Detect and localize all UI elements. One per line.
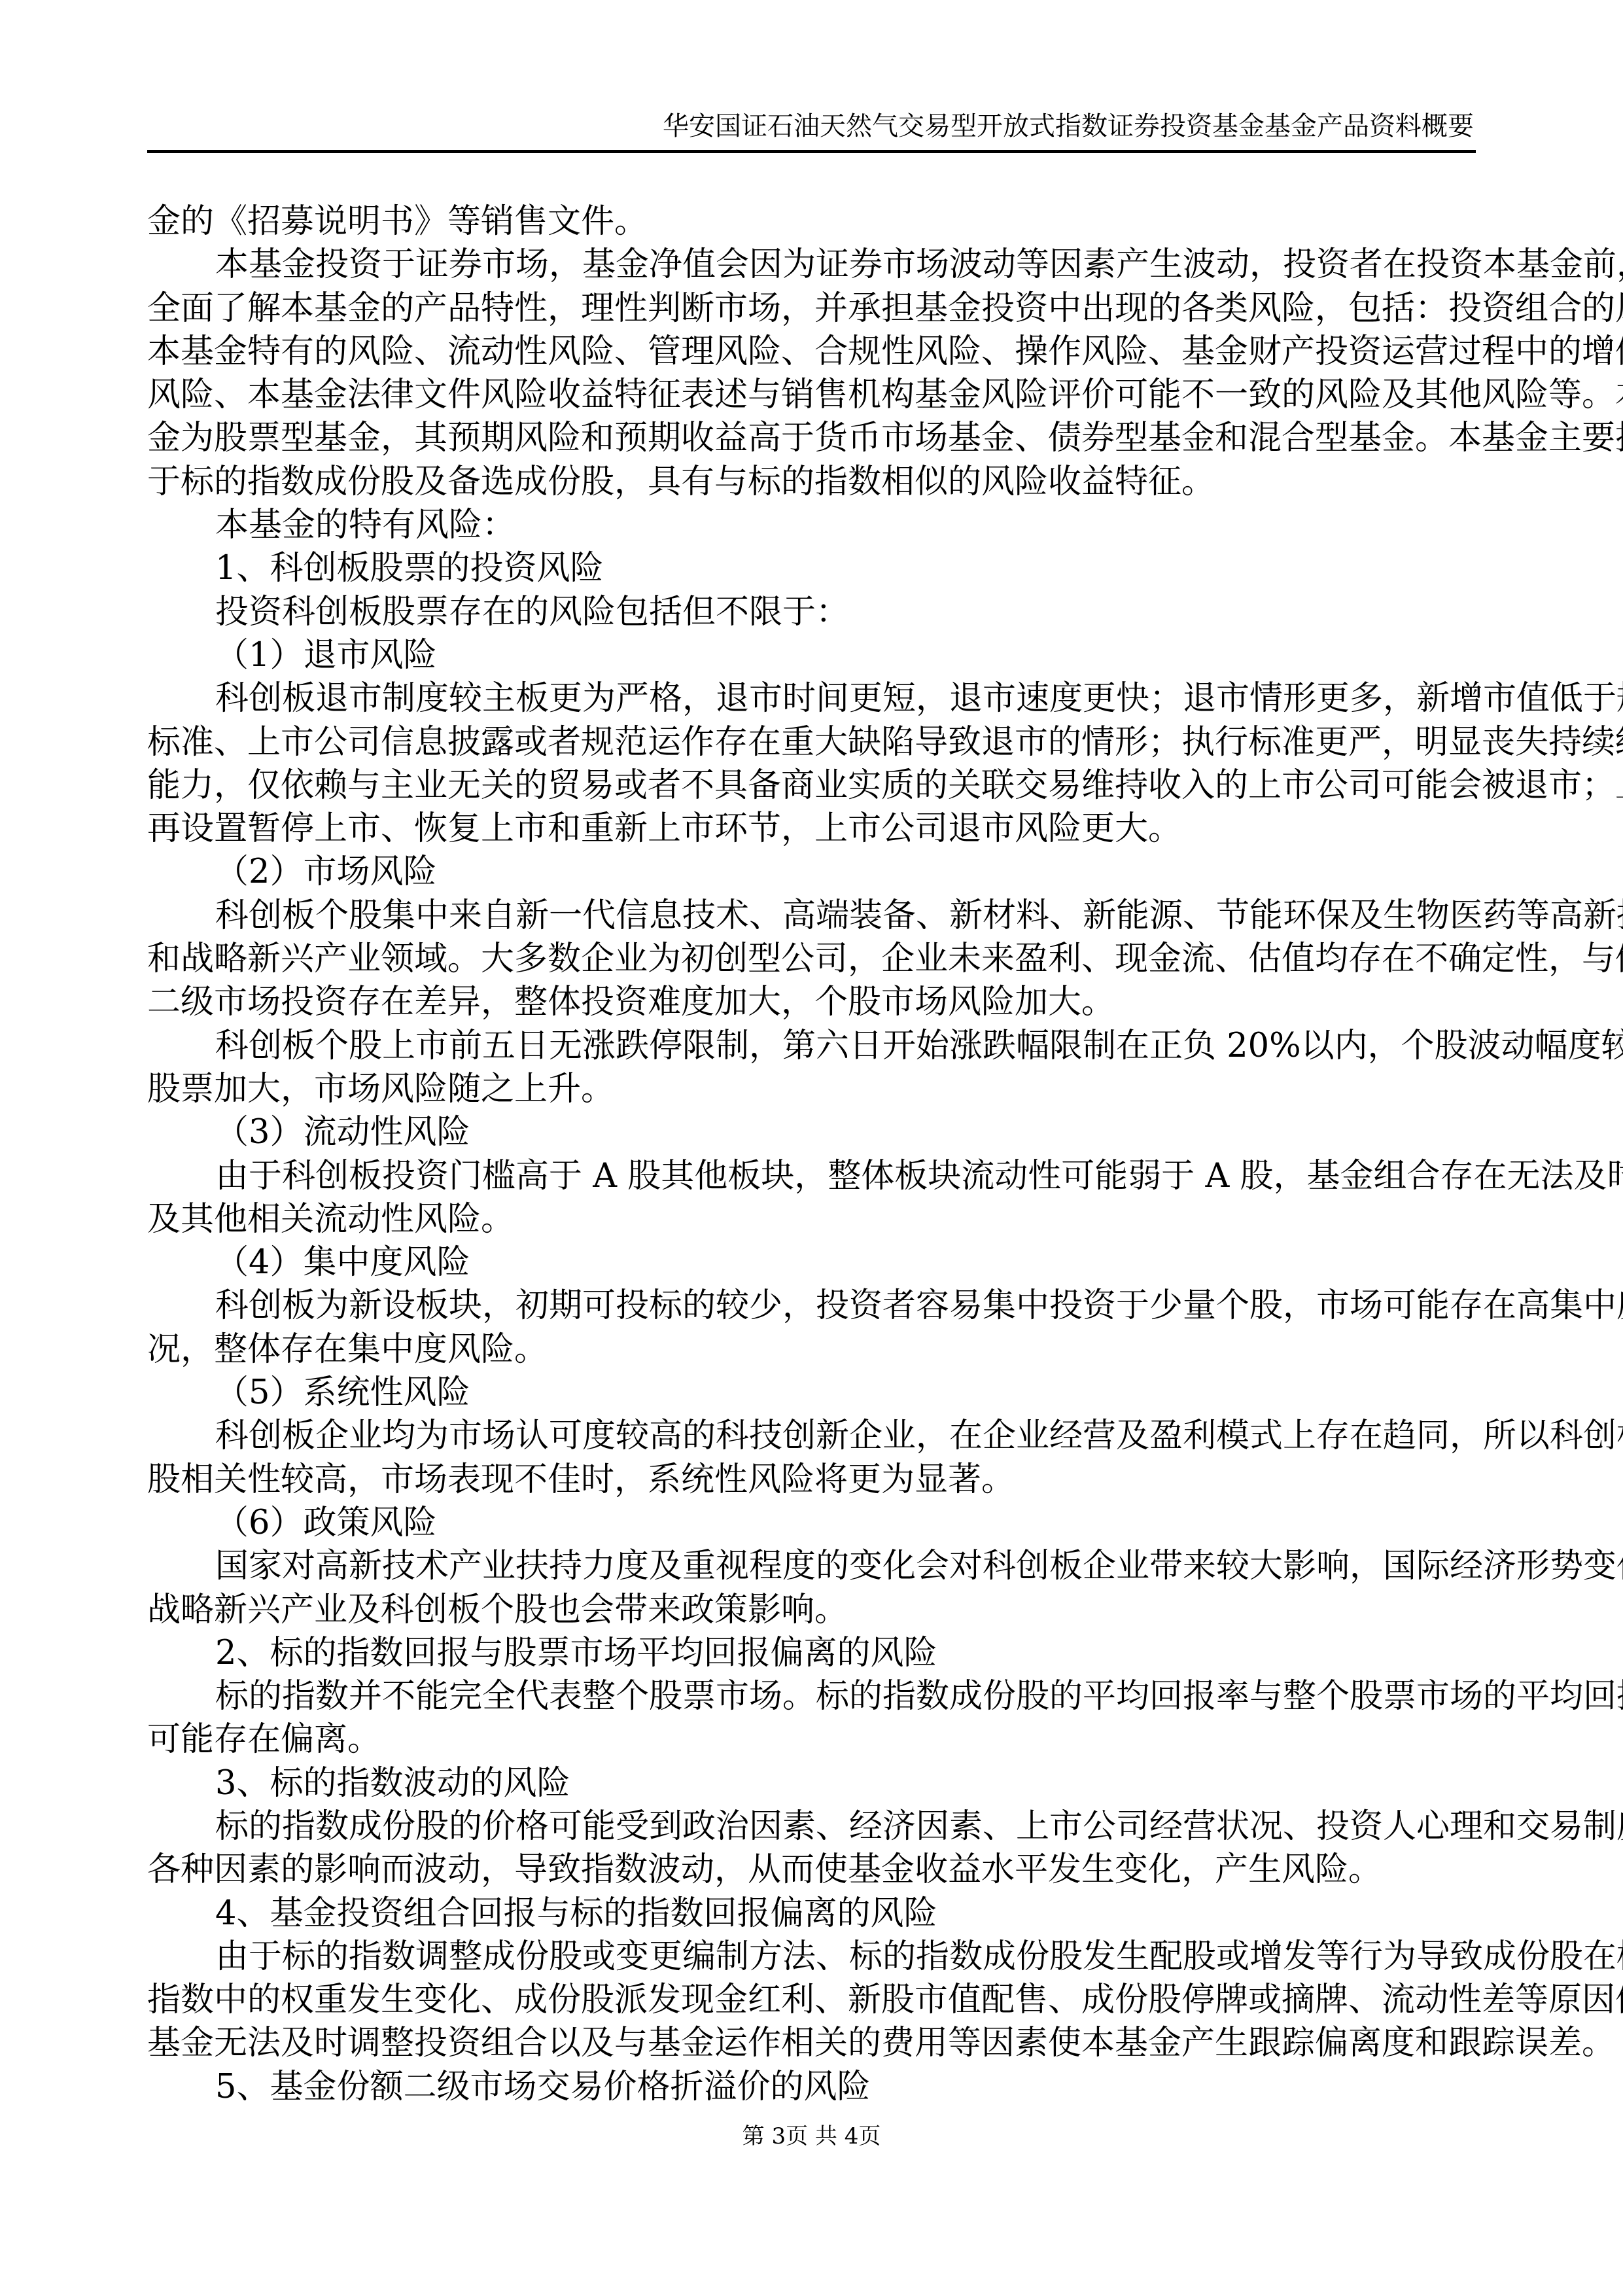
text-line: 金为股票型基金，其预期风险和预期收益高于货币市场基金、债券型基金和混合型基金。本…	[147, 417, 1476, 460]
text-line: 科创板个股集中来自新一代信息技术、高端装备、新材料、新能源、节能环保及生物医药等…	[147, 894, 1476, 938]
text-line: 和战略新兴产业领域。大多数企业为初创型公司，企业未来盈利、现金流、估值均存在不确…	[147, 938, 1476, 981]
text-line: 2、标的指数回报与股票市场平均回报偏离的风险	[147, 1632, 1476, 1675]
text-line: 股票加大，市场风险随之上升。	[147, 1068, 1476, 1111]
page-number: 第 3页 共 4页	[0, 2123, 1623, 2149]
text-line: 本基金的特有风险：	[147, 504, 1476, 547]
text-line: 及其他相关流动性风险。	[147, 1198, 1476, 1241]
text-line: 风险、本基金法律文件风险收益特征表述与销售机构基金风险评价可能不一致的风险及其他…	[147, 374, 1476, 417]
text-line: 3、标的指数波动的风险	[147, 1762, 1476, 1805]
text-line: 5、基金份额二级市场交易价格折溢价的风险	[147, 2066, 1476, 2109]
text-line: 全面了解本基金的产品特性，理性判断市场，并承担基金投资中出现的各类风险，包括：投…	[147, 287, 1476, 330]
text-line: 由于标的指数调整成份股或变更编制方法、标的指数成份股发生配股或增发等行为导致成份…	[147, 1935, 1476, 1979]
text-line: （3）流动性风险	[147, 1111, 1476, 1154]
text-line: 标准、上市公司信息披露或者规范运作存在重大缺陷导致退市的情形；执行标准更严，明显…	[147, 721, 1476, 764]
text-line: 各种因素的影响而波动，导致指数波动，从而使基金收益水平发生变化，产生风险。	[147, 1848, 1476, 1892]
text-line: 本基金特有的风险、流动性风险、管理风险、合规性风险、操作风险、基金财产投资运营过…	[147, 330, 1476, 374]
document-body: 金的《招募说明书》等销售文件。本基金投资于证券市场，基金净值会因为证券市场波动等…	[147, 200, 1476, 2109]
text-line: 能力，仅依赖与主业无关的贸易或者不具备商业实质的关联交易维持收入的上市公司可能会…	[147, 764, 1476, 807]
text-line: （1）退市风险	[147, 634, 1476, 677]
text-line: 于标的指数成份股及备选成份股，具有与标的指数相似的风险收益特征。	[147, 461, 1476, 504]
text-line: 4、基金投资组合回报与标的指数回报偏离的风险	[147, 1892, 1476, 1935]
text-line: （2）市场风险	[147, 851, 1476, 894]
text-line: 金的《招募说明书》等销售文件。	[147, 200, 1476, 243]
text-line: 况，整体存在集中度风险。	[147, 1328, 1476, 1371]
text-line: 投资科创板股票存在的风险包括但不限于：	[147, 591, 1476, 634]
text-line: 1、科创板股票的投资风险	[147, 547, 1476, 590]
text-line: 指数中的权重发生变化、成份股派发现金红利、新股市值配售、成份股停牌或摘牌、流动性…	[147, 1979, 1476, 2022]
text-line: 标的指数成份股的价格可能受到政治因素、经济因素、上市公司经营状况、投资人心理和交…	[147, 1805, 1476, 1848]
text-line: 标的指数并不能完全代表整个股票市场。标的指数成份股的平均回报率与整个股票市场的平…	[147, 1675, 1476, 1718]
text-line: （4）集中度风险	[147, 1241, 1476, 1284]
header-divider	[147, 150, 1476, 153]
text-line: （6）政策风险	[147, 1502, 1476, 1545]
text-line: 二级市场投资存在差异，整体投资难度加大，个股市场风险加大。	[147, 981, 1476, 1024]
text-line: 由于科创板投资门槛高于 A 股其他板块，整体板块流动性可能弱于 A 股，基金组合…	[147, 1155, 1476, 1198]
text-line: 本基金投资于证券市场，基金净值会因为证券市场波动等因素产生波动，投资者在投资本基…	[147, 243, 1476, 287]
text-line: 科创板为新设板块，初期可投标的较少，投资者容易集中投资于少量个股，市场可能存在高…	[147, 1284, 1476, 1328]
text-line: 股相关性较高，市场表现不佳时，系统性风险将更为显著。	[147, 1458, 1476, 1502]
document-header-title: 华安国证石油天然气交易型开放式指数证券投资基金基金产品资料概要	[663, 110, 1474, 143]
text-line: 科创板退市制度较主板更为严格，退市时间更短，退市速度更快；退市情形更多，新增市值…	[147, 677, 1476, 720]
text-line: （5）系统性风险	[147, 1371, 1476, 1415]
text-line: 科创板个股上市前五日无涨跌停限制，第六日开始涨跌幅限制在正负 20%以内，个股波…	[147, 1025, 1476, 1068]
text-line: 基金无法及时调整投资组合以及与基金运作相关的费用等因素使本基金产生跟踪偏离度和跟…	[147, 2022, 1476, 2065]
text-line: 战略新兴产业及科创板个股也会带来政策影响。	[147, 1589, 1476, 1632]
text-line: 再设置暂停上市、恢复上市和重新上市环节，上市公司退市风险更大。	[147, 807, 1476, 851]
text-line: 可能存在偏离。	[147, 1718, 1476, 1761]
text-line: 科创板企业均为市场认可度较高的科技创新企业，在企业经营及盈利模式上存在趋同，所以…	[147, 1415, 1476, 1458]
text-line: 国家对高新技术产业扶持力度及重视程度的变化会对科创板企业带来较大影响，国际经济形…	[147, 1545, 1476, 1588]
